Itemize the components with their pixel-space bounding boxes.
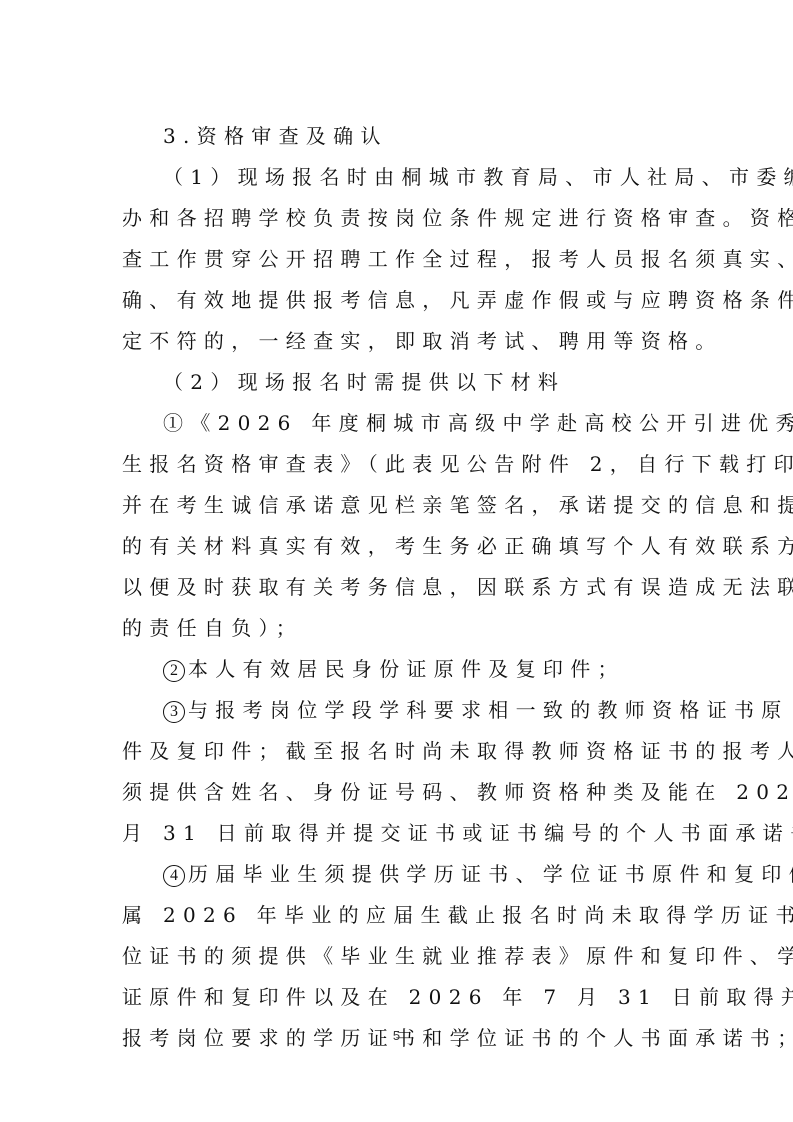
paragraph-line: 件及复印件；截至报名时尚未取得教师资格证书的报考人员，	[122, 731, 682, 772]
list-item-4: 4历届毕业生须提供学历证书、学位证书原件和复印件；	[122, 854, 682, 895]
line-text: 确、有效地提供报考信息，凡弄虚作假或与应聘资格条件规	[122, 288, 793, 312]
line-text: 本人有效居民身份证原件及复印件；	[188, 657, 625, 681]
paragraph-line: 生报名资格审查表》（此表见公告附件 2，自行下载打印，	[122, 444, 682, 485]
line-text: （1）现场报名时由桐城市教育局、市人社局、市委编	[163, 165, 793, 189]
paragraph-line: 的责任自负）；	[122, 608, 682, 649]
circled-number-4: 4	[163, 865, 185, 887]
paragraph-line: 定不符的，一经查实，即取消考试、聘用等资格。	[122, 321, 682, 362]
line-text: 月 31 日前取得并提交证书或证书编号的个人书面承诺书；	[122, 821, 793, 845]
paragraph-line: 证原件和复印件以及在 2026 年 7 月 31 日前取得并提交符合	[122, 977, 682, 1018]
line-text: 《2026 年度桐城市高级中学赴高校公开引进优秀毕业	[190, 411, 793, 435]
document-page: 3.资格审查及确认 （1）现场报名时由桐城市教育局、市人社局、市委编 办和各招聘…	[0, 0, 793, 1122]
line-text: 历届毕业生须提供学历证书、学位证书原件和复印件；	[188, 862, 793, 886]
line-text: 办和各招聘学校负责按岗位条件规定进行资格审查。资格审	[122, 206, 793, 230]
line-text: 以便及时获取有关考务信息，因联系方式有误造成无法联系	[122, 575, 793, 599]
circled-number-2: 2	[163, 660, 185, 682]
section-heading: 3.资格审查及确认	[122, 116, 682, 157]
paragraph-line: 以便及时获取有关考务信息，因联系方式有误造成无法联系	[122, 567, 682, 608]
line-text: 证原件和复印件以及在 2026 年 7 月 31 日前取得并提交符合	[122, 985, 793, 1009]
line-text: 生报名资格审查表》（此表见公告附件 2，自行下载打印，	[122, 452, 793, 476]
paragraph-line: 须提供含姓名、身份证号码、教师资格种类及能在 2026 年 7	[122, 772, 682, 813]
list-item-1: ①《2026 年度桐城市高级中学赴高校公开引进优秀毕业	[122, 403, 682, 444]
paragraph-line: 属 2026 年毕业的应届生截止报名时尚未取得学历证书、学	[122, 895, 682, 936]
paragraph-line: 位证书的须提供《毕业生就业推荐表》原件和复印件、学生	[122, 936, 682, 977]
circled-number-1: ①	[163, 411, 190, 435]
line-text: 的责任自负）；	[122, 616, 303, 640]
page-number: 5	[0, 1028, 793, 1043]
line-text: 的有关材料真实有效，考生务必正确填写个人有效联系方式，	[122, 534, 793, 558]
line-text: 并在考生诚信承诺意见栏亲笔签名，承诺提交的信息和提供	[122, 493, 793, 517]
line-text: 位证书的须提供《毕业生就业推荐表》原件和复印件、学生	[122, 944, 793, 968]
paragraph-line: 并在考生诚信承诺意见栏亲笔签名，承诺提交的信息和提供	[122, 485, 682, 526]
line-text: 须提供含姓名、身份证号码、教师资格种类及能在 2026 年 7	[122, 780, 793, 804]
line-text: 件及复印件；截至报名时尚未取得教师资格证书的报考人员，	[122, 739, 793, 763]
line-text: （2）现场报名时需提供以下材料	[163, 370, 565, 394]
paragraph-line: 办和各招聘学校负责按岗位条件规定进行资格审查。资格审	[122, 198, 682, 239]
paragraph-line: 的有关材料真实有效，考生务必正确填写个人有效联系方式，	[122, 526, 682, 567]
document-body: 3.资格审查及确认 （1）现场报名时由桐城市教育局、市人社局、市委编 办和各招聘…	[122, 116, 682, 1059]
paragraph-line: 查工作贯穿公开招聘工作全过程，报考人员报名须真实、准	[122, 239, 682, 280]
line-text: 查工作贯穿公开招聘工作全过程，报考人员报名须真实、准	[122, 247, 793, 271]
list-item-3: 3与报考岗位学段学科要求相一致的教师资格证书原	[122, 690, 682, 731]
paragraph-line: （2）现场报名时需提供以下材料	[122, 362, 682, 403]
circled-number-3: 3	[163, 701, 185, 723]
line-text: 属 2026 年毕业的应届生截止报名时尚未取得学历证书、学	[122, 903, 793, 927]
paragraph-line: 确、有效地提供报考信息，凡弄虚作假或与应聘资格条件规	[122, 280, 682, 321]
paragraph-line: （1）现场报名时由桐城市教育局、市人社局、市委编	[122, 157, 682, 198]
line-text: 定不符的，一经查实，即取消考试、聘用等资格。	[122, 329, 723, 353]
list-item-2: 2本人有效居民身份证原件及复印件；	[122, 649, 682, 690]
line-text: 与报考岗位学段学科要求相一致的教师资格证书原	[188, 698, 789, 722]
paragraph-line: 月 31 日前取得并提交证书或证书编号的个人书面承诺书；	[122, 813, 682, 854]
